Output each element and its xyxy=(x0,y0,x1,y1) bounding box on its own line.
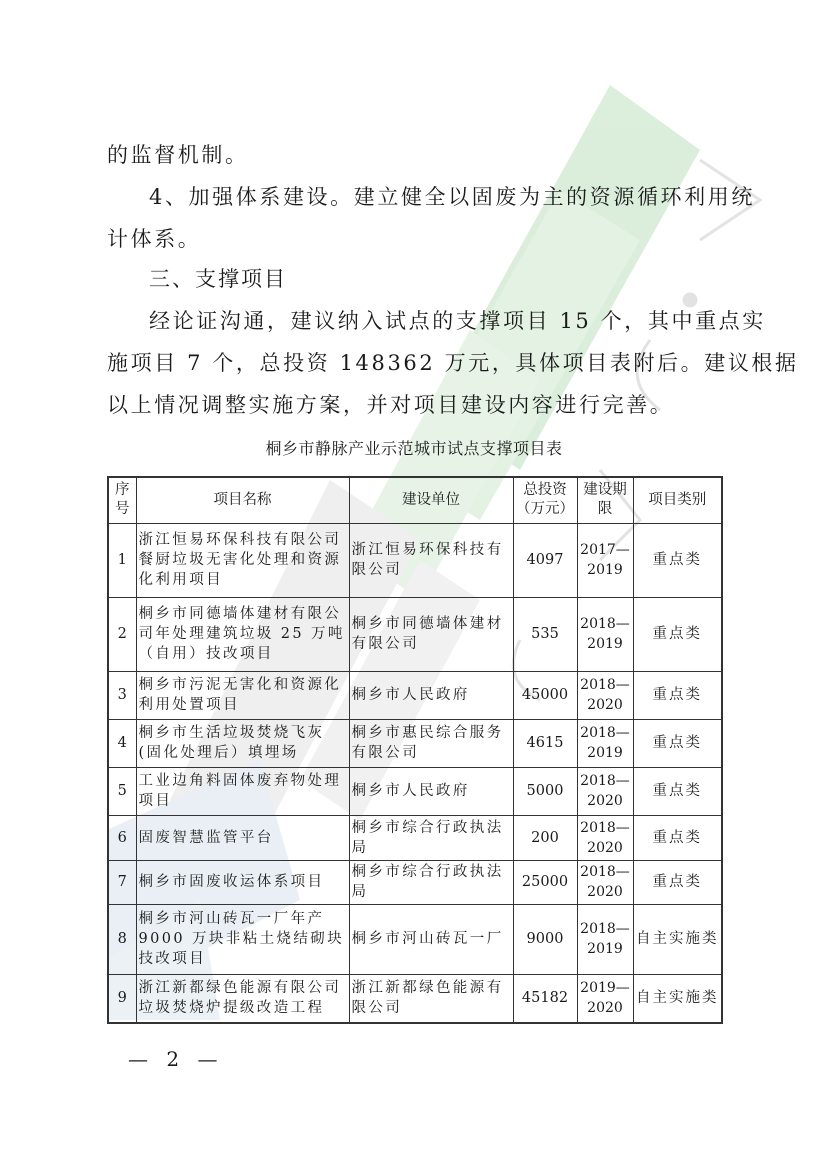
cell-no: 1 xyxy=(108,523,136,597)
cell-investment: 535 xyxy=(513,597,577,671)
cell-construction-unit: 浙江新都绿色能源有限公司 xyxy=(349,974,513,1023)
table-row: 7 桐乡市固废收运体系项目 桐乡市综合行政执法局 25000 2018—2020… xyxy=(108,860,722,904)
cell-category: 重点类 xyxy=(633,523,722,597)
header-category: 项目类别 xyxy=(633,477,722,523)
cell-construction-unit: 桐乡市人民政府 xyxy=(349,767,513,815)
cell-category: 重点类 xyxy=(633,719,722,767)
header-construction-unit: 建设单位 xyxy=(349,477,513,523)
cell-project-name: 桐乡市同德墙体建材有限公司年处理建筑垃圾 25 万吨（自用）技改项目 xyxy=(136,597,349,671)
cell-category: 自主实施类 xyxy=(633,974,722,1023)
table-row: 6 固废智慧监管平台 桐乡市综合行政执法局 200 2018—2020 重点类 xyxy=(108,815,722,860)
body-line-3: 以上情况调整实施方案，并对项目建设内容进行完善。 xyxy=(107,384,721,426)
body-line-2: 施项目 7 个，总投资 148362 万元，具体项目表附后。建议根据 xyxy=(107,342,721,384)
cell-no: 6 xyxy=(108,815,136,860)
cell-no: 5 xyxy=(108,767,136,815)
document-page: 的监督机制。 4、加强体系建设。建立健全以固废为主的资源循环利用统 计体系。 三… xyxy=(0,0,827,1169)
paragraph-system-building-cont: 计体系。 xyxy=(107,218,721,260)
table-row: 8 桐乡市河山砖瓦一厂年产9000 万块非粘土烧结砌块技改项目 桐乡市河山砖瓦一… xyxy=(108,904,722,974)
table-row: 5 工业边角料固体废弃物处理项目 桐乡市人民政府 5000 2018—2020 … xyxy=(108,767,722,815)
cell-project-name: 浙江新都绿色能源有限公司垃圾焚烧炉提级改造工程 xyxy=(136,974,349,1023)
cell-period: 2019—2020 xyxy=(577,974,633,1023)
cell-construction-unit: 桐乡市综合行政执法局 xyxy=(349,815,513,860)
cell-construction-unit: 桐乡市惠民综合服务有限公司 xyxy=(349,719,513,767)
cell-category: 重点类 xyxy=(633,860,722,904)
cell-period: 2018—2019 xyxy=(577,719,633,767)
header-period: 建设期限 xyxy=(577,477,633,523)
cell-category: 重点类 xyxy=(633,597,722,671)
body-line-1: 经论证沟通，建议纳入试点的支撑项目 15 个，其中重点实 xyxy=(107,300,721,342)
cell-project-name: 工业边角料固体废弃物处理项目 xyxy=(136,767,349,815)
cell-category: 重点类 xyxy=(633,815,722,860)
cell-no: 2 xyxy=(108,597,136,671)
cell-period: 2018—2019 xyxy=(577,597,633,671)
page-number: — 2 — xyxy=(128,1047,223,1071)
cell-investment: 4615 xyxy=(513,719,577,767)
cell-investment: 25000 xyxy=(513,860,577,904)
header-investment: 总投资（万元） xyxy=(513,477,577,523)
table-row: 1 浙江恒易环保科技有限公司餐厨垃圾无害化处理和资源化利用项目 浙江恒易环保科技… xyxy=(108,523,722,597)
cell-period: 2018—2020 xyxy=(577,815,633,860)
support-projects-table: 序号 项目名称 建设单位 总投资（万元） 建设期限 项目类别 1 浙江恒易环保科… xyxy=(107,476,723,1024)
table-header-row: 序号 项目名称 建设单位 总投资（万元） 建设期限 项目类别 xyxy=(108,477,722,523)
cell-construction-unit: 浙江恒易环保科技有限公司 xyxy=(349,523,513,597)
cell-category: 重点类 xyxy=(633,767,722,815)
paragraph-supervision-end: 的监督机制。 xyxy=(107,134,721,176)
cell-category: 自主实施类 xyxy=(633,904,722,974)
cell-period: 2017—2019 xyxy=(577,523,633,597)
cell-investment: 5000 xyxy=(513,767,577,815)
cell-no: 8 xyxy=(108,904,136,974)
cell-investment: 45182 xyxy=(513,974,577,1023)
cell-project-name: 浙江恒易环保科技有限公司餐厨垃圾无害化处理和资源化利用项目 xyxy=(136,523,349,597)
cell-construction-unit: 桐乡市同德墙体建材有限公司 xyxy=(349,597,513,671)
cell-project-name: 固废智慧监管平台 xyxy=(136,815,349,860)
cell-construction-unit: 桐乡市河山砖瓦一厂 xyxy=(349,904,513,974)
cell-period: 2018—2020 xyxy=(577,860,633,904)
cell-no: 9 xyxy=(108,974,136,1023)
cell-no: 3 xyxy=(108,671,136,719)
section-heading-support-projects: 三、支撑项目 xyxy=(107,258,721,300)
cell-category: 重点类 xyxy=(633,671,722,719)
cell-project-name: 桐乡市固废收运体系项目 xyxy=(136,860,349,904)
cell-no: 4 xyxy=(108,719,136,767)
header-project-name: 项目名称 xyxy=(136,477,349,523)
cell-investment: 9000 xyxy=(513,904,577,974)
cell-period: 2018—2020 xyxy=(577,671,633,719)
cell-construction-unit: 桐乡市人民政府 xyxy=(349,671,513,719)
table-row: 4 桐乡市生活垃圾焚烧飞灰(固化处理后）填埋场 桐乡市惠民综合服务有限公司 46… xyxy=(108,719,722,767)
table-caption: 桐乡市静脉产业示范城市试点支撑项目表 xyxy=(107,436,721,459)
cell-investment: 200 xyxy=(513,815,577,860)
table-row: 3 桐乡市污泥无害化和资源化利用处置项目 桐乡市人民政府 45000 2018—… xyxy=(108,671,722,719)
cell-project-name: 桐乡市生活垃圾焚烧飞灰(固化处理后）填埋场 xyxy=(136,719,349,767)
cell-period: 2018—2020 xyxy=(577,767,633,815)
cell-investment: 4097 xyxy=(513,523,577,597)
cell-project-name: 桐乡市河山砖瓦一厂年产9000 万块非粘土烧结砌块技改项目 xyxy=(136,904,349,974)
cell-period: 2018—2019 xyxy=(577,904,633,974)
cell-no: 7 xyxy=(108,860,136,904)
table-row: 2 桐乡市同德墙体建材有限公司年处理建筑垃圾 25 万吨（自用）技改项目 桐乡市… xyxy=(108,597,722,671)
header-no: 序号 xyxy=(108,477,136,523)
paragraph-system-building: 4、加强体系建设。建立健全以固废为主的资源循环利用统 xyxy=(107,176,721,218)
table-row: 9 浙江新都绿色能源有限公司垃圾焚烧炉提级改造工程 浙江新都绿色能源有限公司 4… xyxy=(108,974,722,1023)
cell-construction-unit: 桐乡市综合行政执法局 xyxy=(349,860,513,904)
cell-investment: 45000 xyxy=(513,671,577,719)
cell-project-name: 桐乡市污泥无害化和资源化利用处置项目 xyxy=(136,671,349,719)
